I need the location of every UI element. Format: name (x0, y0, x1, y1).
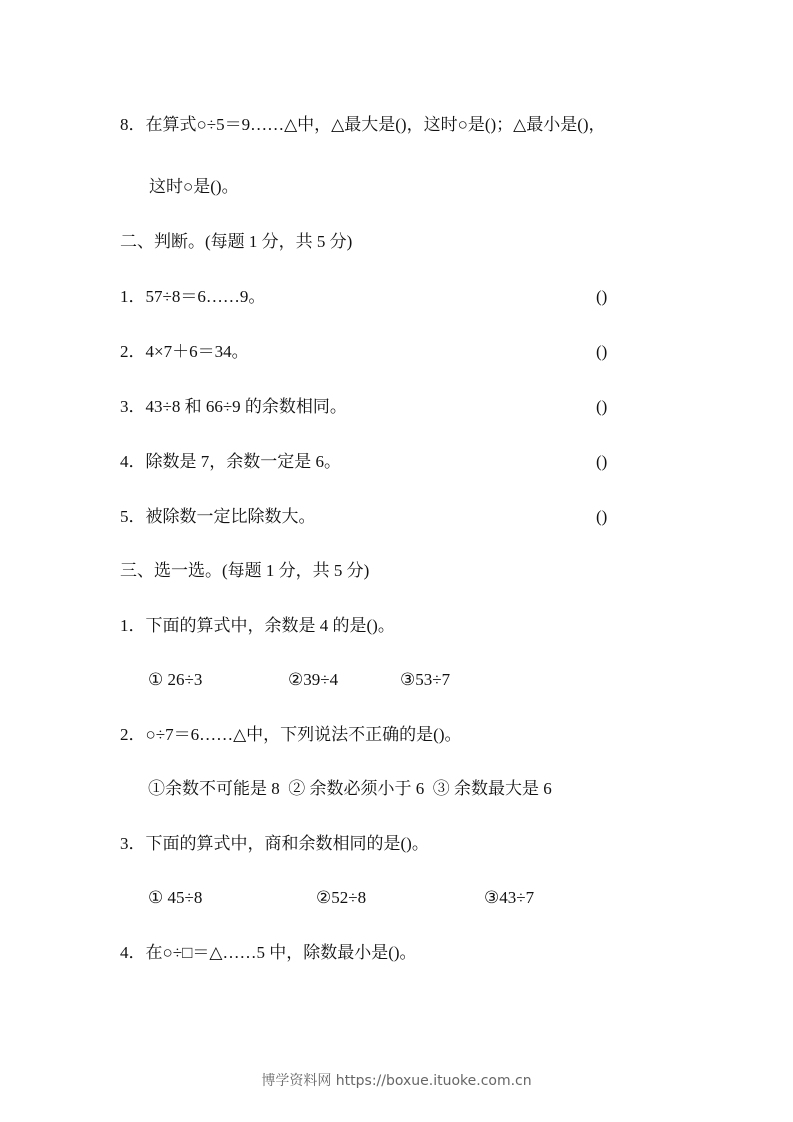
choice-question: 4．在○÷□＝△……5 中，除数最小是()。 (120, 942, 417, 964)
judgement-item: 3．43÷8 和 66÷9 的余数相同。 (120, 396, 347, 418)
judgement-item: 1．57÷8＝6……9。 (120, 286, 265, 308)
section-title: 二、判断。(每题 1 分，共 5 分) (120, 231, 352, 253)
footer-watermark: 博学资料网 https://boxue.ituoke.com.cn (0, 1070, 793, 1090)
question-8-line-2: 这时○是()。 (149, 176, 239, 198)
answer-blank[interactable]: () (596, 396, 607, 418)
choice-question: 2．○÷7＝6……△中，下列说法不正确的是()。 (120, 724, 462, 746)
judgement-item: 5．被除数一定比除数大。 (120, 506, 316, 528)
choice-question: 1．下面的算式中，余数是 4 的是()。 (120, 615, 395, 637)
choice-option[interactable]: ③53÷7 (400, 669, 450, 691)
answer-blank[interactable]: () (596, 451, 607, 473)
choice-option[interactable]: ②52÷8 (316, 887, 366, 909)
choice-option[interactable]: ① 45÷8 (148, 887, 202, 909)
choice-option[interactable]: ②39÷4 (288, 669, 338, 691)
judgement-item: 4．除数是 7，余数一定是 6。 (120, 451, 341, 473)
section-title: 三、选一选。(每题 1 分，共 5 分) (120, 560, 369, 582)
question-8-line-1: 8．在算式○÷5＝9……△中，△最大是()，这时○是()；△最小是()， (120, 114, 606, 136)
choice-question: 3．下面的算式中，商和余数相同的是()。 (120, 833, 429, 855)
answer-blank[interactable]: () (596, 506, 607, 528)
choice-option[interactable]: ③43÷7 (484, 887, 534, 909)
choice-option[interactable]: ① 26÷3 (148, 669, 202, 691)
answer-blank[interactable]: () (596, 286, 607, 308)
judgement-item: 2．4×7＋6＝34。 (120, 341, 249, 363)
choice-option[interactable]: ①余数不可能是 8 ② 余数必须小于 6 ③ 余数最大是 6 (148, 778, 552, 800)
answer-blank[interactable]: () (596, 341, 607, 363)
